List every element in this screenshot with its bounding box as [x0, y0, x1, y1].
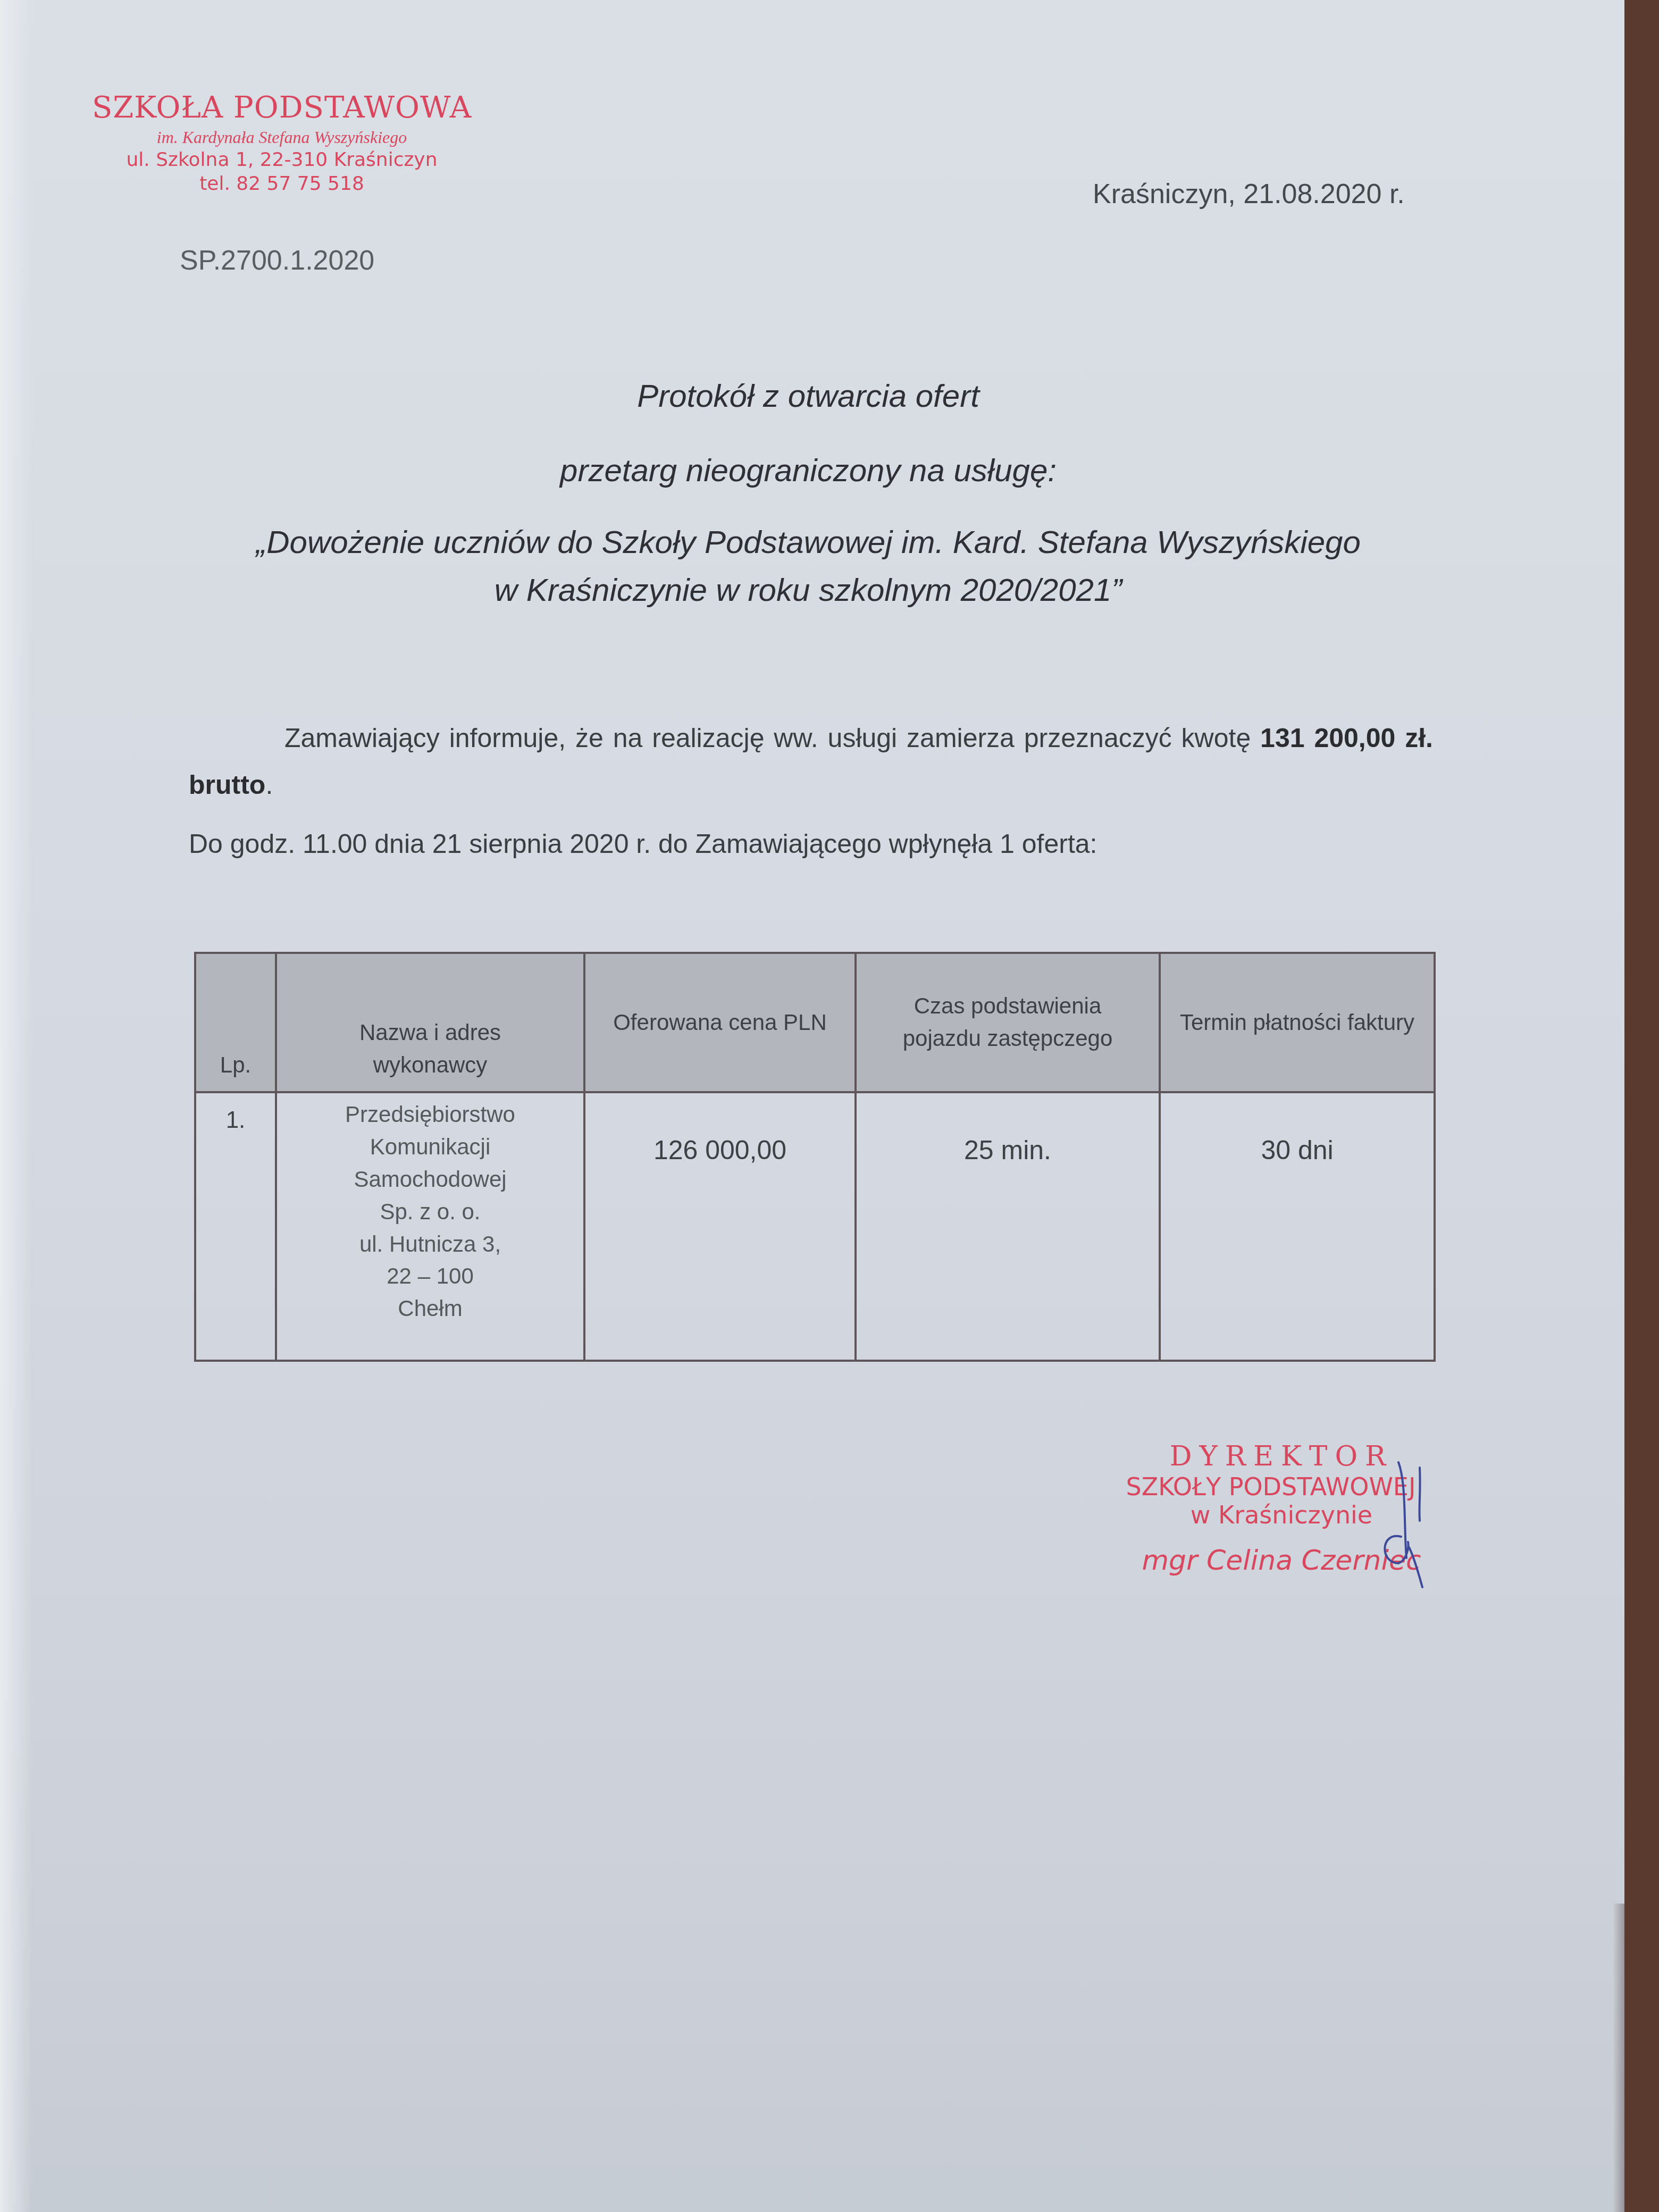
cell-replacement-time: 25 min. — [856, 1092, 1160, 1361]
header-contractor-line-2: wykonawcy — [282, 1049, 578, 1082]
header-replacement-time: Czas podstawienia pojazdu zastępczego — [856, 953, 1160, 1092]
reference-number: SP.2700.1.2020 — [180, 245, 374, 276]
contractor-line: Sp. z o. o. — [278, 1196, 583, 1228]
tender-subject: „Dowożenie uczniów do Szkoły Podstawowej… — [160, 518, 1457, 614]
contractor-line: Samochodowej — [278, 1163, 583, 1196]
tender-type: przetarg nieograniczony na usługę: — [160, 452, 1457, 489]
table-row: 1. Przedsiębiorstwo Komunikacji Samochod… — [195, 1092, 1435, 1361]
handwritten-signature-icon — [1377, 1452, 1441, 1590]
header-contractor-line-1: Nazwa i adres — [282, 1017, 578, 1049]
table-header-row: Lp. Nazwa i adres wykonawcy Oferowana ce… — [195, 953, 1435, 1092]
budget-paragraph: Zamawiający informuje, że na realizację … — [189, 715, 1433, 808]
contractor-line: 22 – 100 — [278, 1260, 583, 1293]
contractor-line: Przedsiębiorstwo — [278, 1099, 583, 1131]
offers-table: Lp. Nazwa i adres wykonawcy Oferowana ce… — [194, 952, 1436, 1362]
school-letterhead-stamp: SZKOŁA PODSTAWOWA im. Kardynała Stefana … — [80, 89, 484, 196]
place-and-date: Kraśniczyn, 21.08.2020 r. — [1093, 178, 1405, 210]
document-page: SZKOŁA PODSTAWOWA im. Kardynała Stefana … — [0, 0, 1624, 2212]
contractor-line: Chełm — [278, 1293, 583, 1325]
page-edge-shadow — [0, 0, 32, 2212]
letterhead-phone: tel. 82 57 75 518 — [80, 172, 484, 196]
offers-received-text: Do godz. 11.00 dnia 21 sierpnia 2020 r. … — [189, 828, 1433, 859]
letterhead-address: ul. Szkolna 1, 22-310 Kraśniczyn — [80, 148, 484, 172]
cell-contractor: Przedsiębiorstwo Komunikacji Samochodowe… — [276, 1092, 584, 1361]
header-payment-term: Termin płatności faktury — [1160, 953, 1435, 1092]
header-price: Oferowana cena PLN — [584, 953, 856, 1092]
budget-text: Zamawiający informuje, że na realizację … — [284, 723, 1251, 753]
header-lp: Lp. — [195, 953, 276, 1092]
header-time-line-2: pojazdu zastępczego — [862, 1023, 1153, 1055]
cell-price: 126 000,00 — [584, 1092, 856, 1361]
header-time-line-1: Czas podstawienia — [862, 990, 1153, 1023]
budget-suffix: . — [265, 770, 273, 800]
document-title: Protokół z otwarcia ofert — [160, 378, 1457, 414]
contractor-line: Komunikacji — [278, 1131, 583, 1163]
tender-subject-line-2: w Kraśniczynie w roku szkolnym 2020/2021… — [160, 566, 1457, 614]
header-contractor: Nazwa i adres wykonawcy — [276, 953, 584, 1092]
cell-payment-term: 30 dni — [1160, 1092, 1435, 1361]
tender-subject-line-1: „Dowożenie uczniów do Szkoły Podstawowej… — [160, 518, 1457, 566]
letterhead-patron: im. Kardynała Stefana Wyszyńskiego — [80, 127, 484, 148]
cell-lp: 1. — [195, 1092, 276, 1361]
letterhead-name: SZKOŁA PODSTAWOWA — [80, 89, 484, 127]
contractor-line: ul. Hutnicza 3, — [278, 1228, 583, 1261]
